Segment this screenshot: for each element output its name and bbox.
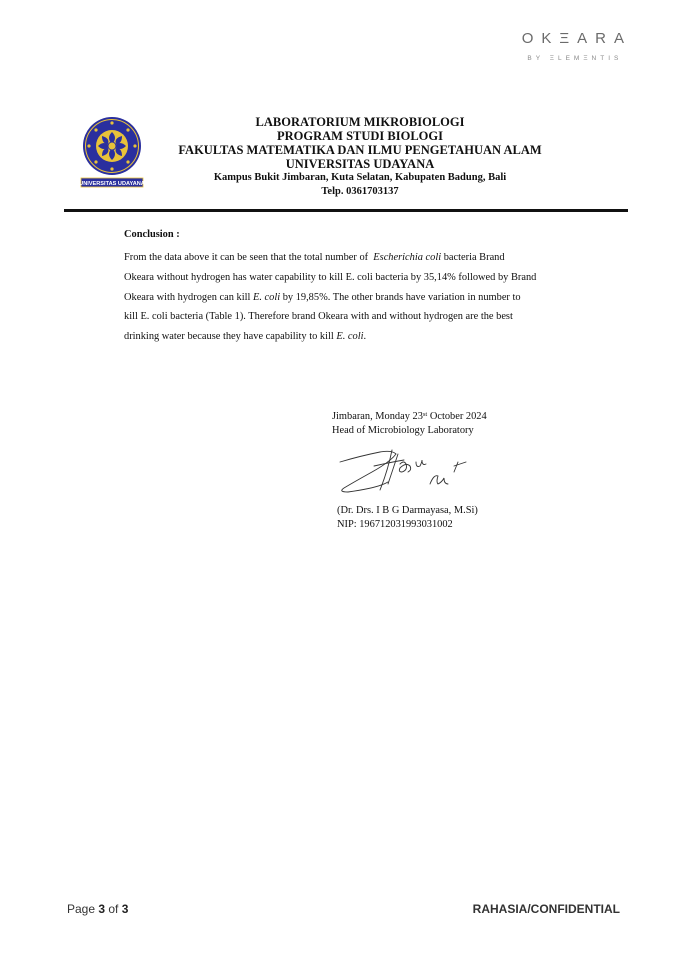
letterhead-faculty: FAKULTAS MATEMATIKA DAN ILMU PENGETAHUAN… (140, 143, 580, 157)
header-divider (64, 209, 628, 212)
signer-name: (Dr. Drs. I B G Darmayasa, M.Si) (337, 504, 478, 518)
letterhead-laboratory: LABORATORIUM MIKROBIOLOGI (140, 115, 580, 129)
signer-position: Head of Microbiology Laboratory (332, 424, 487, 438)
signer-details: (Dr. Drs. I B G Darmayasa, M.Si) NIP: 19… (337, 504, 478, 531)
signature-header: Jimbaran, Monday 23st October 2024 Head … (332, 410, 487, 437)
handwritten-signature-icon (334, 444, 484, 502)
page-number: Page 3 of 3 (67, 902, 128, 916)
brand-name: OKΞARA (522, 30, 632, 47)
signer-nip: NIP: 196712031993031002 (337, 518, 478, 532)
brand-tagline: BY ΞLEMΞNTIS (522, 55, 628, 62)
conclusion-line: Okeara with hydrogen can kill E. coli by… (124, 288, 594, 308)
university-emblem-icon: UNIVERSITAS UDAYANA (80, 116, 144, 190)
brand-logo: OKΞARA BY ΞLEMΞNTIS (522, 30, 624, 62)
letterhead-program: PROGRAM STUDI BIOLOGI (140, 129, 580, 143)
conclusion-line: drinking water because they have capabil… (124, 327, 594, 347)
letterhead-phone: Telp. 0361703137 (140, 185, 580, 199)
conclusion-line: kill E. coli bacteria (Table 1). Therefo… (124, 307, 594, 327)
letterhead: LABORATORIUM MIKROBIOLOGI PROGRAM STUDI … (140, 115, 580, 199)
letterhead-address: Kampus Bukit Jimbaran, Kuta Selatan, Kab… (140, 171, 580, 185)
confidentiality-label: RAHASIA/CONFIDENTIAL (473, 902, 620, 916)
letterhead-university: UNIVERSITAS UDAYANA (140, 157, 580, 171)
conclusion-paragraph: From the data above it can be seen that … (124, 248, 594, 347)
conclusion-line: From the data above it can be seen that … (124, 248, 594, 268)
svg-text:UNIVERSITAS UDAYANA: UNIVERSITAS UDAYANA (80, 181, 144, 187)
conclusion-section: Conclusion : From the data above it can … (124, 228, 594, 347)
conclusion-heading: Conclusion : (124, 228, 594, 242)
place-date: Jimbaran, Monday 23st October 2024 (332, 410, 487, 424)
conclusion-line: Okeara without hydrogen has water capabi… (124, 268, 594, 288)
